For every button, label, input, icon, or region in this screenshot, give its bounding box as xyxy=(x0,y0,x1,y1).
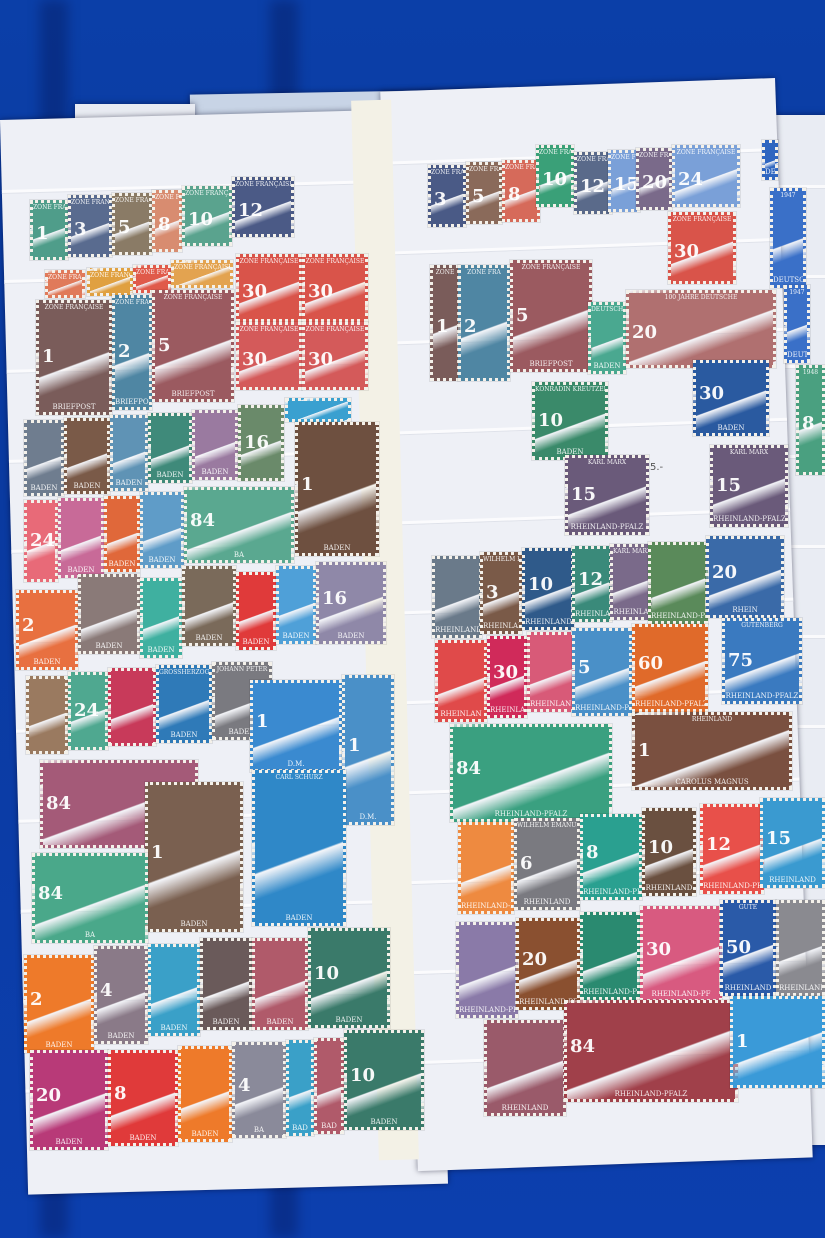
stamp-inscription: ZONE FRANÇAISE xyxy=(239,257,299,265)
stamp-region-label xyxy=(241,477,281,478)
stamp: WILHELM EMANUEL FREIHERR KETTELER6RHEINL… xyxy=(514,818,580,910)
stamp-inscription xyxy=(459,925,515,926)
stamp-region-label: BADEN xyxy=(151,1024,197,1033)
stamp-region-label xyxy=(174,284,230,285)
stamp-region-label: BADEN xyxy=(311,1016,387,1025)
stamp xyxy=(26,676,68,754)
stamp-inscription xyxy=(71,675,105,676)
stamp-denomination: 30 xyxy=(305,351,365,369)
stamp-inscription xyxy=(97,949,145,950)
stamp-inscription: KARL MARX xyxy=(568,458,646,466)
stamp-inscription xyxy=(289,1043,311,1044)
stamp: 20BADEN xyxy=(30,1050,108,1150)
stamp: BADEN xyxy=(58,498,104,578)
stamp: 24 xyxy=(68,672,108,750)
stamp-region-label: RHEINLAND-PFALZ xyxy=(568,523,646,532)
stamp-region-label: RHEINLAND-PF xyxy=(459,1006,515,1015)
stamp-inscription xyxy=(143,581,179,582)
stamp-region-label: RHEIN xyxy=(709,606,781,615)
stamp-region-label: BRIEFPOST xyxy=(155,390,231,399)
stamp-inscription xyxy=(298,425,376,426)
stamp-region-label: RHEINLAND xyxy=(723,984,773,993)
stamp: ZONE FRANÇAISE3 xyxy=(428,165,466,227)
stamp: ZONE FRANÇAISE1 xyxy=(30,200,68,260)
stamp-region-label: BADEN xyxy=(111,1134,175,1143)
stamp: BADEN xyxy=(140,492,184,568)
stamp: 84BA xyxy=(184,487,294,563)
stamp-region-label: BADEN xyxy=(696,424,766,433)
stamp: BADEN xyxy=(64,418,110,494)
stamp-denomination: 10 xyxy=(185,211,229,229)
stamp-denomination: 1 xyxy=(345,737,391,755)
stamp-denomination: 50 xyxy=(723,939,773,957)
stamp-inscription xyxy=(255,941,305,942)
stamp-denomination: 20 xyxy=(629,324,773,342)
stamp: 1BADEN xyxy=(145,782,243,932)
stamp-region-label: RHEINLAND xyxy=(763,876,822,885)
stamp: CARL SCHURZBADEN xyxy=(252,770,346,926)
stamp: ZONE FRANÇAISE xyxy=(87,268,133,296)
stamp-inscription xyxy=(651,545,705,546)
stamp-denomination: 12 xyxy=(235,202,291,220)
stamp-denomination: 4 xyxy=(235,1077,283,1095)
stamp-region-label: BADEN xyxy=(347,1118,421,1127)
stamp-region-label: RHEINLAND-PF xyxy=(643,990,719,999)
stamp-inscription: ZONE FRANÇAISE xyxy=(33,203,65,211)
stamp-denomination: 5 xyxy=(155,337,231,355)
stamp-denomination: 3 xyxy=(71,221,109,239)
stamp-region-label xyxy=(71,253,109,254)
stamp-inscription xyxy=(779,903,822,904)
stamp-inscription xyxy=(345,678,391,679)
stamp: 20RHEINLAND-PFA xyxy=(516,918,580,1010)
stamp-denomination: 10 xyxy=(311,965,387,983)
stamp: RHEINLAND xyxy=(527,632,575,712)
stamp: 1 xyxy=(730,996,825,1088)
stamp: ZONE FRANÇAISE24 xyxy=(672,145,740,207)
stamp: RHEINLAND-PFA xyxy=(580,912,640,1000)
stamp-region-label xyxy=(431,223,463,224)
stamp-inscription xyxy=(148,785,240,786)
stamp-inscription xyxy=(253,683,339,684)
stamp-inscription xyxy=(453,727,609,728)
stamp: 1947DEUTSCHE P xyxy=(784,285,810,363)
stamp-region-label: RHEINLAND-PFALZ xyxy=(725,692,799,701)
stamp-region-label xyxy=(29,750,65,751)
stamp-region-label: CAROLUS MAGNUS xyxy=(635,778,789,787)
stamp-inscription: 1947 xyxy=(773,191,803,199)
stamp-denomination: 24 xyxy=(71,702,105,720)
stamp: RHEINLAND-PF xyxy=(456,922,518,1018)
stamp: ZONE FRANÇAISE30 xyxy=(302,254,368,322)
stamp-region-label xyxy=(90,292,130,293)
stamp-region-label xyxy=(111,742,153,743)
stamp: 5RHEINLAND-PF xyxy=(572,628,632,716)
stamp: 20RHEIN xyxy=(706,536,784,618)
stamp-inscription xyxy=(765,143,775,144)
stamp-denomination: 20 xyxy=(33,1087,105,1105)
stamp: ZONE FRANÇAISE30 xyxy=(668,212,736,284)
stamp-inscription xyxy=(27,423,61,424)
stamp: ZONE1 xyxy=(430,265,460,381)
stamp-inscription xyxy=(241,408,281,409)
stamp-region-label: BADEN xyxy=(97,1032,145,1041)
stamp-region-label xyxy=(71,746,105,747)
stamp: BADEN xyxy=(178,1046,232,1142)
stamp-region-label xyxy=(611,208,637,209)
stamp-region-label: BADEN xyxy=(159,731,209,740)
stamp-denomination: 8 xyxy=(111,1085,175,1103)
stamp-inscription xyxy=(27,503,55,504)
stamp-inscription xyxy=(696,363,766,364)
stamp-region-label: BADEN xyxy=(203,1018,249,1027)
stamp-inscription: KARL MARX xyxy=(713,448,785,456)
stamp: WILHELM EMANUEL FREIHERR KETTELER3RHEINL… xyxy=(480,552,522,634)
stamp-denomination: 2 xyxy=(461,318,507,336)
stamp-denomination: 6 xyxy=(517,855,577,873)
stamp: 84RHEINLAND-PFALZ xyxy=(450,724,612,822)
stamp-denomination: 16 xyxy=(241,434,281,452)
stamp: ZONE FRANÇAISE xyxy=(45,270,85,298)
stamp: 100 JAHRE DEUTSCHE20 xyxy=(626,290,776,368)
stamp-region-label: BRIEFPOST xyxy=(115,398,149,407)
stamp-region-label: BADEN xyxy=(81,642,137,651)
stamp-denomination: 8 xyxy=(155,216,179,234)
stamp-inscription xyxy=(143,495,181,496)
stamp: KARL MARX15RHEINLAND-PFALZ xyxy=(565,455,649,535)
stamp: ZONE FRANÇAISE20 xyxy=(636,148,672,210)
stamp-region-label: DEUTSCHE POS xyxy=(773,276,803,285)
stamp: 12RHEINLA xyxy=(572,546,612,622)
stamp-denomination: 30 xyxy=(643,941,719,959)
stamp-denomination: 1 xyxy=(148,844,240,862)
stamp-inscription xyxy=(733,999,822,1000)
stamp-denomination: 84 xyxy=(187,512,291,530)
stamp-inscription: KARL MARX xyxy=(613,547,649,555)
stamp: ZONE FRANÇAISE30 xyxy=(302,322,368,390)
stamp-inscription: ZONE FRANÇAISE xyxy=(235,180,291,188)
stamp: 24 xyxy=(24,500,58,582)
stamp-inscription: RHEINLAND xyxy=(635,715,789,723)
stamp-region-label: RHEINLAND-PFA xyxy=(583,988,637,997)
stamp-region-label: RHEINLAND xyxy=(487,1104,563,1113)
stamp-inscription: ZONE FRANÇAISE xyxy=(174,263,230,271)
stamp: 10RHEINLAND-PF xyxy=(522,548,574,630)
stamp-inscription: ZONE FRANÇAISE xyxy=(305,325,365,333)
stamp-inscription xyxy=(583,915,637,916)
stamp-region-label xyxy=(235,233,291,234)
stamp-region-label xyxy=(27,578,55,579)
stamp-denomination: 12 xyxy=(577,178,609,196)
stamp-inscription xyxy=(288,401,348,402)
stamp-denomination: 8 xyxy=(583,844,639,862)
stamp-denomination: 24 xyxy=(27,532,55,550)
stamp-denomination: 10 xyxy=(535,412,605,430)
stamp-region-label: BADEN xyxy=(33,1138,105,1147)
stamp: ZONE FRA2BRIEFPOST xyxy=(112,295,152,410)
stamp-inscription: ZONE FRANÇAISE xyxy=(505,163,537,171)
stamp-region-label xyxy=(577,210,609,211)
stamp-region-label: BAD xyxy=(317,1122,341,1131)
stamp: BADEN xyxy=(148,413,192,483)
stamp-region-label: BRIEFPOST xyxy=(513,360,589,369)
stamp-region-label: BADEN xyxy=(27,1041,91,1050)
stamp: 84RHEINLAND-PFALZ xyxy=(564,1000,738,1102)
stamp-denomination: 1 xyxy=(635,742,789,760)
stamp-denomination: 30 xyxy=(239,283,299,301)
stamp: 10RHEINLAND xyxy=(642,808,696,896)
stamp-inscription xyxy=(347,1033,421,1034)
stamp: 15RHEINLAND xyxy=(760,798,825,888)
stamp-region-label xyxy=(539,203,571,204)
stamp-inscription xyxy=(203,941,249,942)
stamp-denomination: 15 xyxy=(763,830,822,848)
stamp-inscription xyxy=(33,1053,105,1054)
stamp: ZONE FRANÇAISE3 xyxy=(68,195,112,257)
stamp-denomination: 30 xyxy=(490,664,524,682)
stamp-inscription xyxy=(435,559,479,560)
stamp-inscription xyxy=(763,801,822,802)
pencil-price-note: 5.- xyxy=(650,462,663,473)
stamp-region-label xyxy=(115,251,149,252)
stamp: ZONE FRANÇAISE5 xyxy=(112,193,152,255)
stamp-inscription: JOHANN PETER xyxy=(215,665,269,673)
stamp-inscription xyxy=(195,413,235,414)
stamp-denomination: 1 xyxy=(253,713,339,731)
stamp-denomination: 30 xyxy=(696,385,766,403)
stamp-inscription xyxy=(81,577,137,578)
stamp: ZONE FRA2 xyxy=(458,265,510,381)
stamp: BAD xyxy=(314,1038,344,1134)
stamp: 30RHEINLAN xyxy=(487,636,527,718)
stamp-region-label xyxy=(505,218,537,219)
stamp: ZONE FRANÇAISE5BRIEFPOST xyxy=(152,290,234,402)
stamp-region-label: RHEINLA xyxy=(575,610,609,619)
stamp-inscription xyxy=(490,639,524,640)
stamp-region-label: BADEN xyxy=(181,1130,229,1139)
stamp-inscription xyxy=(567,1003,735,1004)
stamp-region-label: BADEN xyxy=(143,556,181,565)
stamp: RHEINLAND1CAROLUS MAGNUS xyxy=(632,712,792,790)
stamp-region-label xyxy=(239,318,299,319)
stamp-region-label: RHEINLAND-PF xyxy=(583,888,639,897)
stamp: BADEN xyxy=(236,572,276,650)
stamp: ZONE FRANÇAISE12 xyxy=(232,177,294,237)
stamp: BADEN xyxy=(192,410,238,480)
stamp-region-label: BRIEFPOST xyxy=(39,403,109,412)
stamp-inscription: DEUTSCHE xyxy=(591,305,623,313)
stamp-inscription: ZONE FRANÇAISE xyxy=(136,268,168,276)
stamp-inscription xyxy=(111,1053,175,1054)
stamp: 2BADEN xyxy=(16,590,78,670)
stamp-region-label: D.M. xyxy=(345,813,391,822)
stamp-region-label xyxy=(433,377,457,378)
stamp-inscription: ZONE FRANÇAISE xyxy=(539,148,571,156)
stamp: 2BADEN xyxy=(24,955,94,1053)
stamp-region-label: BADEN xyxy=(27,484,61,493)
stamp-inscription: ZONE FRANÇAISE xyxy=(671,215,733,223)
stamp: ZONE FRANÇAISE8 xyxy=(152,190,182,252)
stamp: ZONE FRANÇAISE xyxy=(133,265,171,293)
stamp: BADEN xyxy=(110,415,148,491)
stamp-inscription xyxy=(643,909,719,910)
stamp-inscription: ZONE FRA xyxy=(461,268,507,276)
stamp-inscription: ZONE FRANÇAISE xyxy=(611,153,637,161)
stamp-denomination: 5 xyxy=(469,188,499,206)
stamp-inscription xyxy=(19,593,75,594)
stamp: 1947DEUTSCHE POS xyxy=(770,188,806,288)
stamp-inscription xyxy=(29,679,65,680)
stamp: 1D.M. xyxy=(250,680,342,772)
stamp-denomination: 1 xyxy=(39,348,109,366)
stamp-region-label: BADEN xyxy=(239,638,273,647)
stamp: DEUTSCHEBADEN xyxy=(588,302,626,374)
stamp-inscription xyxy=(27,958,91,959)
stamp-denomination: 20 xyxy=(709,564,781,582)
stamp-inscription: ZONE FRA xyxy=(115,298,149,306)
stamp-inscription: CARL SCHURZ xyxy=(255,773,343,781)
stamp: 16 xyxy=(238,405,284,481)
stamp: GUTENBERG75RHEINLAND-PFALZ xyxy=(722,618,802,704)
stamp-region-label: RHEINLAND-PFALZ xyxy=(567,1090,735,1099)
stamp: BADEN xyxy=(78,574,140,654)
stamp-denomination: 15 xyxy=(568,486,646,504)
stamp-region-label xyxy=(305,386,365,387)
stamp-region-label: BA xyxy=(235,1126,283,1135)
stamp-region-label: RHEINLAND xyxy=(517,898,577,907)
stamp-region-label: RHEINLAND-PF xyxy=(575,704,629,713)
stamp: ZONE FRANÇAISE10 xyxy=(182,186,232,246)
stamp: RHEINLAND-P xyxy=(458,822,514,914)
stamp-inscription xyxy=(279,569,313,570)
stamp-denomination: 10 xyxy=(525,576,571,594)
stamp: KONRADIN KREUTZER10BADEN xyxy=(532,382,608,460)
stamp: BADEN xyxy=(252,938,308,1030)
stamp-inscription xyxy=(111,671,153,672)
stamp-inscription: GROSSHERZOGIN STEPHANIE xyxy=(159,668,209,676)
stamp: ZONE FRANÇAISE5BRIEFPOST xyxy=(510,260,592,372)
stamp-inscription xyxy=(151,416,189,417)
stamp-region-label: BADEN xyxy=(279,632,313,641)
stamp-denomination: 3 xyxy=(483,584,519,602)
stamp-denomination: 30 xyxy=(239,351,299,369)
stamp-denomination: 30 xyxy=(671,243,733,261)
stamp-region-label: BADEN xyxy=(185,634,233,643)
stamp: DEUTSCHE xyxy=(762,140,778,180)
stamp: 60RHEINLAND-PFALZ xyxy=(632,624,708,712)
stamp: BADEN xyxy=(24,420,64,496)
stamp-inscription xyxy=(317,1041,341,1042)
stamp-denomination: 24 xyxy=(675,171,737,189)
stamp-region-label xyxy=(461,377,507,378)
stamp-inscription xyxy=(107,499,137,500)
stamp-denomination: 84 xyxy=(453,760,609,778)
stamp: 10BADEN xyxy=(308,928,390,1028)
stamp: 8BADEN xyxy=(108,1050,178,1146)
stamp-region-label: BAD xyxy=(289,1124,311,1133)
stamp: 8RHEINLAND-PF xyxy=(580,814,642,900)
stamp-inscription xyxy=(575,549,609,550)
stamp-inscription xyxy=(530,635,572,636)
stamp-inscription xyxy=(519,921,577,922)
stamp-inscription xyxy=(703,807,761,808)
stamp-region-label: RHEINLAND-PF xyxy=(703,882,761,891)
stamp-inscription: ZONE FRANÇAISE xyxy=(577,155,609,163)
stamp: BADEN xyxy=(182,566,236,646)
stamp-region-label: BADEN xyxy=(319,632,383,641)
stamp-region-label: RHEINLAND xyxy=(645,884,693,893)
stamp-inscription xyxy=(311,931,387,932)
stamp: ZONE FRANÇAISE30 xyxy=(236,254,302,322)
stamp-inscription xyxy=(635,627,705,628)
stamp: ZONE FRANÇAISE xyxy=(171,260,233,288)
stamp-denomination: 8 xyxy=(505,186,537,204)
stamp: BADEN xyxy=(148,944,200,1036)
stamp: 4BA xyxy=(232,1042,286,1138)
stamp-denomination: 4 xyxy=(97,982,145,1000)
stamp-inscription xyxy=(43,763,195,764)
stamp-inscription: 100 JAHRE DEUTSCHE xyxy=(629,293,773,301)
stamp-denomination: 2 xyxy=(27,991,91,1009)
stamp: ZONE FRANÇAISE12 xyxy=(574,152,612,214)
stamp-region-label xyxy=(305,318,365,319)
stamp: 10BADEN xyxy=(344,1030,424,1130)
stamp-denomination: 3 xyxy=(431,191,463,209)
stamp: 30RHEINLAND-PF xyxy=(640,906,722,1002)
stamp-region-label: RHEINLAND-PF xyxy=(525,618,571,627)
stamp-region-label xyxy=(469,220,499,221)
stamp-inscription xyxy=(461,825,511,826)
stamp-region-label xyxy=(799,471,822,472)
stamp-denomination: 5 xyxy=(513,307,589,325)
stamp-region-label xyxy=(155,248,179,249)
stamp-region-label: BADEN xyxy=(255,914,343,923)
stamp-denomination: 2 xyxy=(19,617,75,635)
stamp-region-label: RHEINLAND-PFALZ xyxy=(651,612,705,621)
stamp-inscription xyxy=(67,421,107,422)
stamp-inscription xyxy=(575,631,629,632)
stamp: GROSSHERZOGIN STEPHANIEBADEN xyxy=(156,665,212,743)
stamp-denomination: 2 xyxy=(115,343,149,361)
stamp-inscription: GUTE xyxy=(723,903,773,911)
stamp-inscription xyxy=(487,1023,563,1024)
stamp-region-label: BADEN xyxy=(67,482,107,491)
stamp: 19488 xyxy=(796,365,825,475)
stamp-inscription: ZONE FRANÇAISE xyxy=(639,151,669,159)
stamp-inscription: 1947 xyxy=(787,288,807,296)
stamp-region-label: RHEINLA xyxy=(613,608,649,617)
stamp: RHEINLAND xyxy=(776,900,825,996)
stamp-inscription xyxy=(187,490,291,491)
stamp-denomination: 16 xyxy=(319,590,383,608)
stamp-region-label: RHEINLAND-PFALZ xyxy=(635,700,705,709)
stamp-region-label: RHEINLAND xyxy=(530,700,572,709)
stamp-inscription: ZONE FRANÇAISE xyxy=(71,198,109,206)
stamp-region-label: BA xyxy=(187,551,291,560)
stamp xyxy=(108,668,156,746)
stamp-denomination: 12 xyxy=(575,571,609,589)
stamp-inscription xyxy=(185,569,233,570)
stamp-inscription: ZONE FRANÇAISE xyxy=(48,273,82,281)
stamp-region-label xyxy=(239,386,299,387)
stamp-inscription: KONRADIN KREUTZER xyxy=(535,385,605,393)
stamp: 4BADEN xyxy=(94,946,148,1044)
stamp-inscription: 1948 xyxy=(799,368,822,376)
stamp-denomination: 1 xyxy=(733,1033,822,1051)
stamp-region-label xyxy=(33,256,65,257)
stamp-inscription: ZONE FRANÇAISE xyxy=(513,263,589,271)
stamp-inscription xyxy=(319,565,383,566)
